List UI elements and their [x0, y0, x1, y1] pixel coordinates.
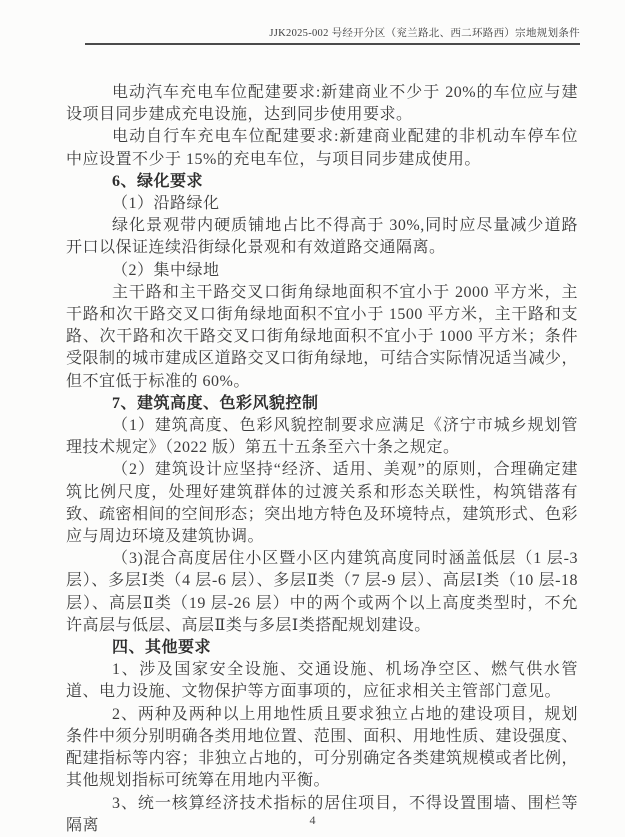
header-title: JJK2025-002 号经开分区（兖兰路北、西二环路西）宗地规划条件: [269, 28, 580, 39]
document-page: JJK2025-002 号经开分区（兖兰路北、西二环路西）宗地规划条件 电动汽车…: [0, 0, 625, 837]
document-body: 电动汽车充电车位配建要求:新建商业不少于 20%的车位应与建设项目同步建成充电设…: [66, 82, 578, 837]
paragraph: （2）建筑设计应坚持“经济、适用、美观”的原则，合理确定建筑比例尺度，处理好建筑…: [66, 459, 578, 548]
paragraph: （1）沿路绿化: [66, 193, 578, 215]
page-number: 4: [310, 813, 316, 827]
paragraph: （2）集中绿地: [66, 260, 578, 282]
section-heading: 7、建筑高度、色彩风貌控制: [66, 393, 578, 415]
page-header: JJK2025-002 号经开分区（兖兰路北、西二环路西）宗地规划条件: [85, 26, 580, 45]
paragraph: 电动汽车充电车位配建要求:新建商业不少于 20%的车位应与建设项目同步建成充电设…: [66, 82, 578, 126]
paragraph: 主干路和主干路交叉口街角绿地面积不宜小于 2000 平方米，主干路和次干路交叉口…: [66, 282, 578, 393]
paragraph: 绿化景观带内硬质铺地占比不得高于 30%,同时应尽量减少道路开口以保证连续沿街绿…: [66, 215, 578, 259]
paragraph: 电动自行车充电车位配建要求:新建商业配建的非机动车停车位中应设置不少于 15%的…: [66, 126, 578, 170]
paragraph: （3)混合高度居住小区暨小区内建筑高度同时涵盖低层（1 层-3 层）、多层Ⅰ类（…: [66, 548, 578, 637]
page-footer: 4: [0, 813, 625, 828]
section-heading: 四、其他要求: [66, 637, 578, 659]
paragraph: 1、涉及国家安全设施、交通设施、机场净空区、燃气供水管道、电力设施、文物保护等方…: [66, 659, 578, 703]
paragraph: 2、两种及两种以上用地性质且要求独立占地的建设项目，规划条件中须分别明确各类用地…: [66, 704, 578, 793]
section-heading: 6、绿化要求: [66, 171, 578, 193]
paragraph: （1）建筑高度、色彩风貌控制要求应满足《济宁市城乡规划管理技术规定》（2022 …: [66, 415, 578, 459]
